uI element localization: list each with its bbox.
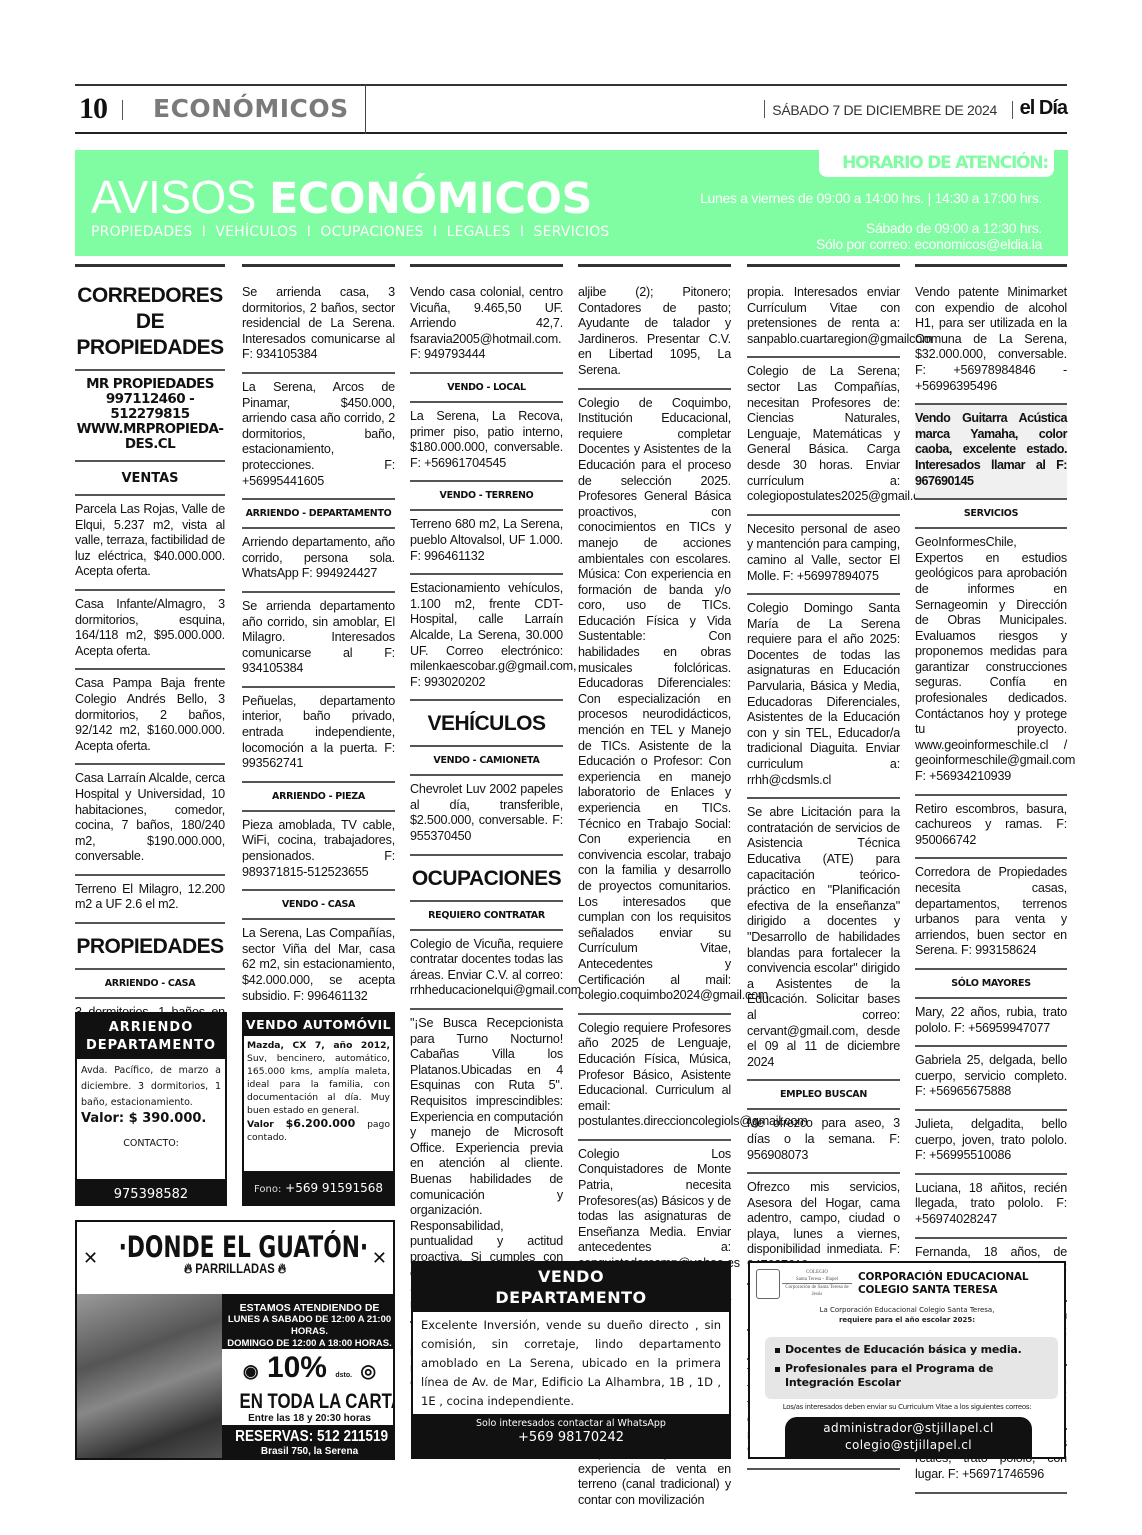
ad-item: Terreno El Milagro, 12.200 m2 a UF 2.6 e… xyxy=(75,876,225,924)
box-contact: Solo interesados contactar al WhatsApp +… xyxy=(411,1414,731,1445)
ad-item: Colegio de Vicuña, requiere contratar do… xyxy=(410,931,563,1010)
car-description: Suv, bencinero, automático, 165.000 kms,… xyxy=(247,1053,390,1116)
discount-value: 10% xyxy=(267,1351,327,1384)
box-price: Valor: $ 390.000. xyxy=(81,1112,221,1126)
ad-item: Se arrienda casa, 3 dormitorios, 2 baños… xyxy=(242,283,395,374)
subheading: ARRIENDO - PIEZA xyxy=(242,783,395,812)
divider xyxy=(365,84,366,134)
ad-item: Se arrienda departamento año corrido, si… xyxy=(242,593,395,688)
ad-item: Colegio requiere Profesores año 2025 de … xyxy=(578,1015,731,1141)
box-description: Avda. Pacífico, de marzo a diciembre. 3 … xyxy=(81,1063,221,1111)
logo-text: Corporación de Santa Teresa de Jesús xyxy=(782,1283,852,1298)
section-title: ECONÓMICOS xyxy=(153,94,349,123)
subheading: VENDO - CAMIONETA xyxy=(410,747,563,776)
ad-item: Julieta, delgadita, bello cuerpo, joven,… xyxy=(915,1111,1067,1175)
ad-item: Retiro escombros, basura, cachureos y ra… xyxy=(915,796,1067,860)
contact-text: Solo interesados contactar al WhatsApp xyxy=(411,1418,731,1429)
whatsapp-phone: +569 98170242 xyxy=(411,1430,731,1445)
phone-label: Fono: xyxy=(254,1184,281,1195)
column-1: CORREDORES DE PROPIEDADES MR PROPIEDADES… xyxy=(75,264,225,1142)
banner-categories: PROPIEDADES I VEHÍCULOS I OCUPACIONES I … xyxy=(91,224,610,240)
box-body: Avda. Pacífico, de marzo a diciembre. 3 … xyxy=(77,1059,225,1179)
ad-item: Estacionamiento vehículos, 1.100 m2, fre… xyxy=(410,575,563,701)
school-intro: La Corporación Educacional Colegio Santa… xyxy=(750,1305,1064,1325)
ad-item: Colegio Domingo Santa María de La Serena… xyxy=(747,595,900,799)
page-header: 10 ECONÓMICOS SÁBADO 7 DE DICIEMBRE DE 2… xyxy=(75,84,1067,134)
promo-time: Entre las 18 y 20:30 horas xyxy=(222,1413,395,1424)
subtitle-text: PARRILLADAS xyxy=(195,1260,274,1276)
ad-item: Arriendo departamento, año corrido, pers… xyxy=(242,529,395,593)
box-title: VENDO DEPARTAMENTO xyxy=(411,1261,731,1308)
ad-item: Chevrolet Luv 2002 papeles al día, trans… xyxy=(410,776,563,855)
reservations-phone: RESERVAS: 512 211519 xyxy=(235,1428,384,1446)
subheading-ventas: VENTAS xyxy=(75,462,225,496)
subheading: VENDO - CASA xyxy=(242,891,395,920)
subheading: ARRIENDO - CASA xyxy=(75,970,225,999)
ad-item: Me ofrezco para aseo, 3 días o la semana… xyxy=(747,1110,900,1174)
ad-item: La Serena, Arcos de Pinamar, $450.000, a… xyxy=(242,374,395,500)
hours-line: ESTAMOS ATENDIENDO DE xyxy=(224,1302,395,1314)
ad-box-restaurant: ✕ ·DONDE EL GUATÓN· ✕ 🔥︎ PARRILLADAS 🔥︎ … xyxy=(75,1220,395,1460)
subheading: VENDO - LOCAL xyxy=(410,374,563,403)
box-title-line: ARRIENDO xyxy=(75,1019,227,1037)
category-heading: OCUPACIONES xyxy=(410,856,563,902)
ad-item: Parcela Las Rojas, Valle de Elqui, 5.237… xyxy=(75,496,225,591)
price-label: Valor xyxy=(247,1119,274,1130)
logo-text: Santa Teresa - Illapel xyxy=(782,1276,852,1283)
restaurant-header: ✕ ·DONDE EL GUATÓN· ✕ 🔥︎ PARRILLADAS 🔥︎ xyxy=(77,1222,393,1294)
ad-item: Colegio de Coquimbo, Institución Educaci… xyxy=(578,390,731,1015)
category-heading: CORREDORES DE PROPIEDADES xyxy=(75,283,225,371)
cutlery-icon: ✕ xyxy=(83,1248,98,1269)
hours-tab: HORARIO DE ATENCIÓN: xyxy=(819,150,1054,177)
email: administrador@stjillapel.cl xyxy=(785,1420,1032,1437)
box-title-line: DEPARTAMENTO xyxy=(75,1037,227,1055)
ad-item: Vendo casa colonial, centro Vicuña, 9.46… xyxy=(410,283,563,374)
subheading: SÓLO MAYORES xyxy=(915,970,1067,999)
subheading: REQUIERO CONTRATAR xyxy=(410,902,563,931)
divider xyxy=(122,100,123,120)
intro-line: La Corporación Educacional Colegio Santa… xyxy=(750,1305,1064,1315)
logo-text: COLEGIO xyxy=(782,1269,852,1276)
column-2: Se arrienda casa, 3 dormitorios, 2 baños… xyxy=(242,264,395,1110)
ad-item: Casa Infante/Almagro, 3 dormitorios, esq… xyxy=(75,591,225,670)
banner-title-light: AVISOS xyxy=(91,171,256,223)
ad-item: Se abre Licitación para la contratación … xyxy=(747,799,900,1081)
send-instructions: Los/as interesados deben enviar su Curri… xyxy=(750,1403,1064,1411)
ad-item: Necesito personal de aseo y mantención p… xyxy=(747,516,900,595)
ad-item: La Serena, Las Compañías, sector Viña de… xyxy=(242,920,395,1015)
promo-text: EN TODA LA CARTA xyxy=(240,1391,380,1413)
restaurant-name: ·DONDE EL GUATÓN· xyxy=(119,1222,369,1264)
title-line: CORPORACIÓN EDUCACIONAL xyxy=(858,1271,1028,1284)
box-title-line: DEPARTAMENTO xyxy=(411,1287,731,1308)
ad-item: La Serena, La Recova, primer piso, patio… xyxy=(410,403,563,482)
flame-icon: 🔥︎ xyxy=(184,1260,192,1276)
box-description: Excelente Inversión, vende su dueño dire… xyxy=(413,1312,729,1414)
sausage-icon: ◎ xyxy=(360,1361,376,1381)
title-line: COLEGIO SANTA TERESA xyxy=(858,1284,1028,1297)
ad-item: Luciana, 18 añitos, recién llegada, trat… xyxy=(915,1175,1067,1239)
box-title: VENDO AUTOMÓVIL xyxy=(242,1012,395,1032)
discount: ◉ 10% dsto. ◎ xyxy=(222,1353,395,1391)
subheading: VENDO - TERRENO xyxy=(410,482,563,511)
banner-title: AVISOS ECONÓMICOS xyxy=(91,170,592,224)
contact-emails: administrador@stjillapel.cl colegio@stji… xyxy=(785,1417,1032,1457)
school-logo-text: COLEGIO Santa Teresa - Illapel Corporaci… xyxy=(782,1269,852,1298)
cutlery-icon: ✕ xyxy=(372,1248,387,1269)
box-body: Mazda, CX 7, año 2012, Suv, bencinero, a… xyxy=(244,1036,393,1171)
category-heading: PROPIEDADES xyxy=(75,924,225,970)
school-title: CORPORACIÓN EDUCACIONAL COLEGIO SANTA TE… xyxy=(858,1271,1028,1297)
classifieds-banner: AVISOS ECONÓMICOS PROPIEDADES I VEHÍCULO… xyxy=(75,150,1068,256)
ad-box-vendo-departamento: VENDO DEPARTAMENTO Excelente Inversión, … xyxy=(411,1261,731,1459)
hours-saturday: Sábado de 09:00 a 12:30 hrs. xyxy=(866,220,1042,236)
position-item: Profesionales para el Programa de Integr… xyxy=(773,1362,1050,1390)
reservations: RESERVAS: 512 211519 Brasil 750, la Sere… xyxy=(222,1425,395,1460)
email: colegio@stjillapel.cl xyxy=(785,1437,1032,1454)
ad-item: Casa Larraín Alcalde, cerca Hospital y U… xyxy=(75,765,225,876)
broker-listing: MR PROPIEDADES 997112460 - 512279815 WWW… xyxy=(75,371,225,462)
column-3: Vendo casa colonial, centro Vicuña, 9.46… xyxy=(410,264,563,1401)
position-item: Docentes de Educación básica y media. xyxy=(773,1343,1050,1357)
restaurant-address: Brasil 750, la Serena xyxy=(222,1446,395,1457)
ad-box-arriendo-departamento: ARRIENDO DEPARTAMENTO Avda. Pacífico, de… xyxy=(75,1012,227,1206)
grill-photo xyxy=(77,1294,222,1460)
phone-number: +569 91591568 xyxy=(285,1181,383,1195)
box-contact-label: CONTACTO: xyxy=(81,1136,221,1152)
ad-item: Corredora de Propiedades necesita casas,… xyxy=(915,859,1067,970)
promo: ◉ 10% dsto. ◎ EN TODA LA CARTA Entre las… xyxy=(222,1349,395,1425)
ad-item: aljibe (2); Pitonero; Contadores de past… xyxy=(578,283,731,390)
flame-icon: 🔥︎ xyxy=(278,1260,286,1276)
opening-hours: ESTAMOS ATENDIENDO DE LUNES A SABADO DE … xyxy=(222,1294,395,1349)
ad-box-vendo-automovil: VENDO AUTOMÓVIL Mazda, CX 7, año 2012, S… xyxy=(242,1012,395,1206)
restaurant-info: ESTAMOS ATENDIENDO DE LUNES A SABADO DE … xyxy=(222,1294,395,1460)
issue-date: SÁBADO 7 DE DICIEMBRE DE 2024 xyxy=(772,102,997,118)
page-number: 10 xyxy=(79,92,107,126)
ad-item: Gabriela 25, delgada, bello cuerpo, serv… xyxy=(915,1047,1067,1111)
ad-box-colegio: COLEGIO Santa Teresa - Illapel Corporaci… xyxy=(748,1261,1066,1459)
box-phone: Fono: +569 91591568 xyxy=(242,1171,395,1195)
subheading: ARRIENDO - DEPARTAMENTO xyxy=(242,500,395,529)
ad-item: propia. Interesados enviar Currículum Vi… xyxy=(747,283,900,358)
hours-title: HORARIO DE ATENCIÓN: xyxy=(842,153,1048,173)
steak-icon: ◉ xyxy=(243,1361,259,1381)
ad-item: GeoInformesChile, Expertos en estudios g… xyxy=(915,529,1067,796)
restaurant-subtitle: 🔥︎ PARRILLADAS 🔥︎ xyxy=(109,1260,362,1277)
ad-item: Pieza amoblada, TV cable, WiFi, cocina, … xyxy=(242,812,395,891)
school-crest-icon xyxy=(756,1269,780,1299)
price-value: $6.200.000 xyxy=(286,1117,356,1130)
ad-item: Peñuelas, departamento interior, baño pr… xyxy=(242,688,395,783)
newspaper-logo: el Día xyxy=(1020,97,1067,120)
ad-item-highlighted: Vendo Guitarra Acústica marca Yamaha, co… xyxy=(915,405,1067,500)
car-model: Mazda, CX 7, año 2012, xyxy=(247,1040,390,1051)
box-phone: 975398582 xyxy=(75,1179,227,1202)
box-title: ARRIENDO DEPARTAMENTO xyxy=(75,1012,227,1055)
discount-note: dsto. xyxy=(335,1372,352,1379)
category-heading: VEHÍCULOS xyxy=(410,701,563,747)
ad-item: Colegio de La Serena; sector Las Compañí… xyxy=(747,358,900,515)
positions-list: Docentes de Educación básica y media. Pr… xyxy=(765,1337,1058,1399)
ad-item: Mary, 22 años, rubia, trato pololo. F: +… xyxy=(915,999,1067,1047)
email-only: Sólo por correo: economicos@eldia.la xyxy=(816,236,1042,252)
ad-item: Vendo patente Minimarket con expendio de… xyxy=(915,283,1067,405)
hours-weekdays: Lunes a viernes de 09:00 a 14:00 hrs. | … xyxy=(700,190,1042,206)
banner-title-bold: ECONÓMICOS xyxy=(269,174,592,224)
box-title-line: VENDO xyxy=(411,1266,731,1287)
subheading: EMPLEO BUSCAN xyxy=(747,1081,900,1110)
intro-line: requiere para el año escolar 2025: xyxy=(750,1315,1064,1325)
hours-line: LUNES A SABADO DE 12:00 A 21:00 HORAS. xyxy=(224,1314,395,1338)
ad-item: Terreno 680 m2, La Serena, pueblo Altova… xyxy=(410,511,563,575)
ad-item: Casa Pampa Baja frente Colegio Andrés Be… xyxy=(75,670,225,765)
hours-line: DOMINGO DE 12:00 A 18:00 HORAS. xyxy=(224,1338,395,1350)
subheading: SERVICIOS xyxy=(915,500,1067,529)
